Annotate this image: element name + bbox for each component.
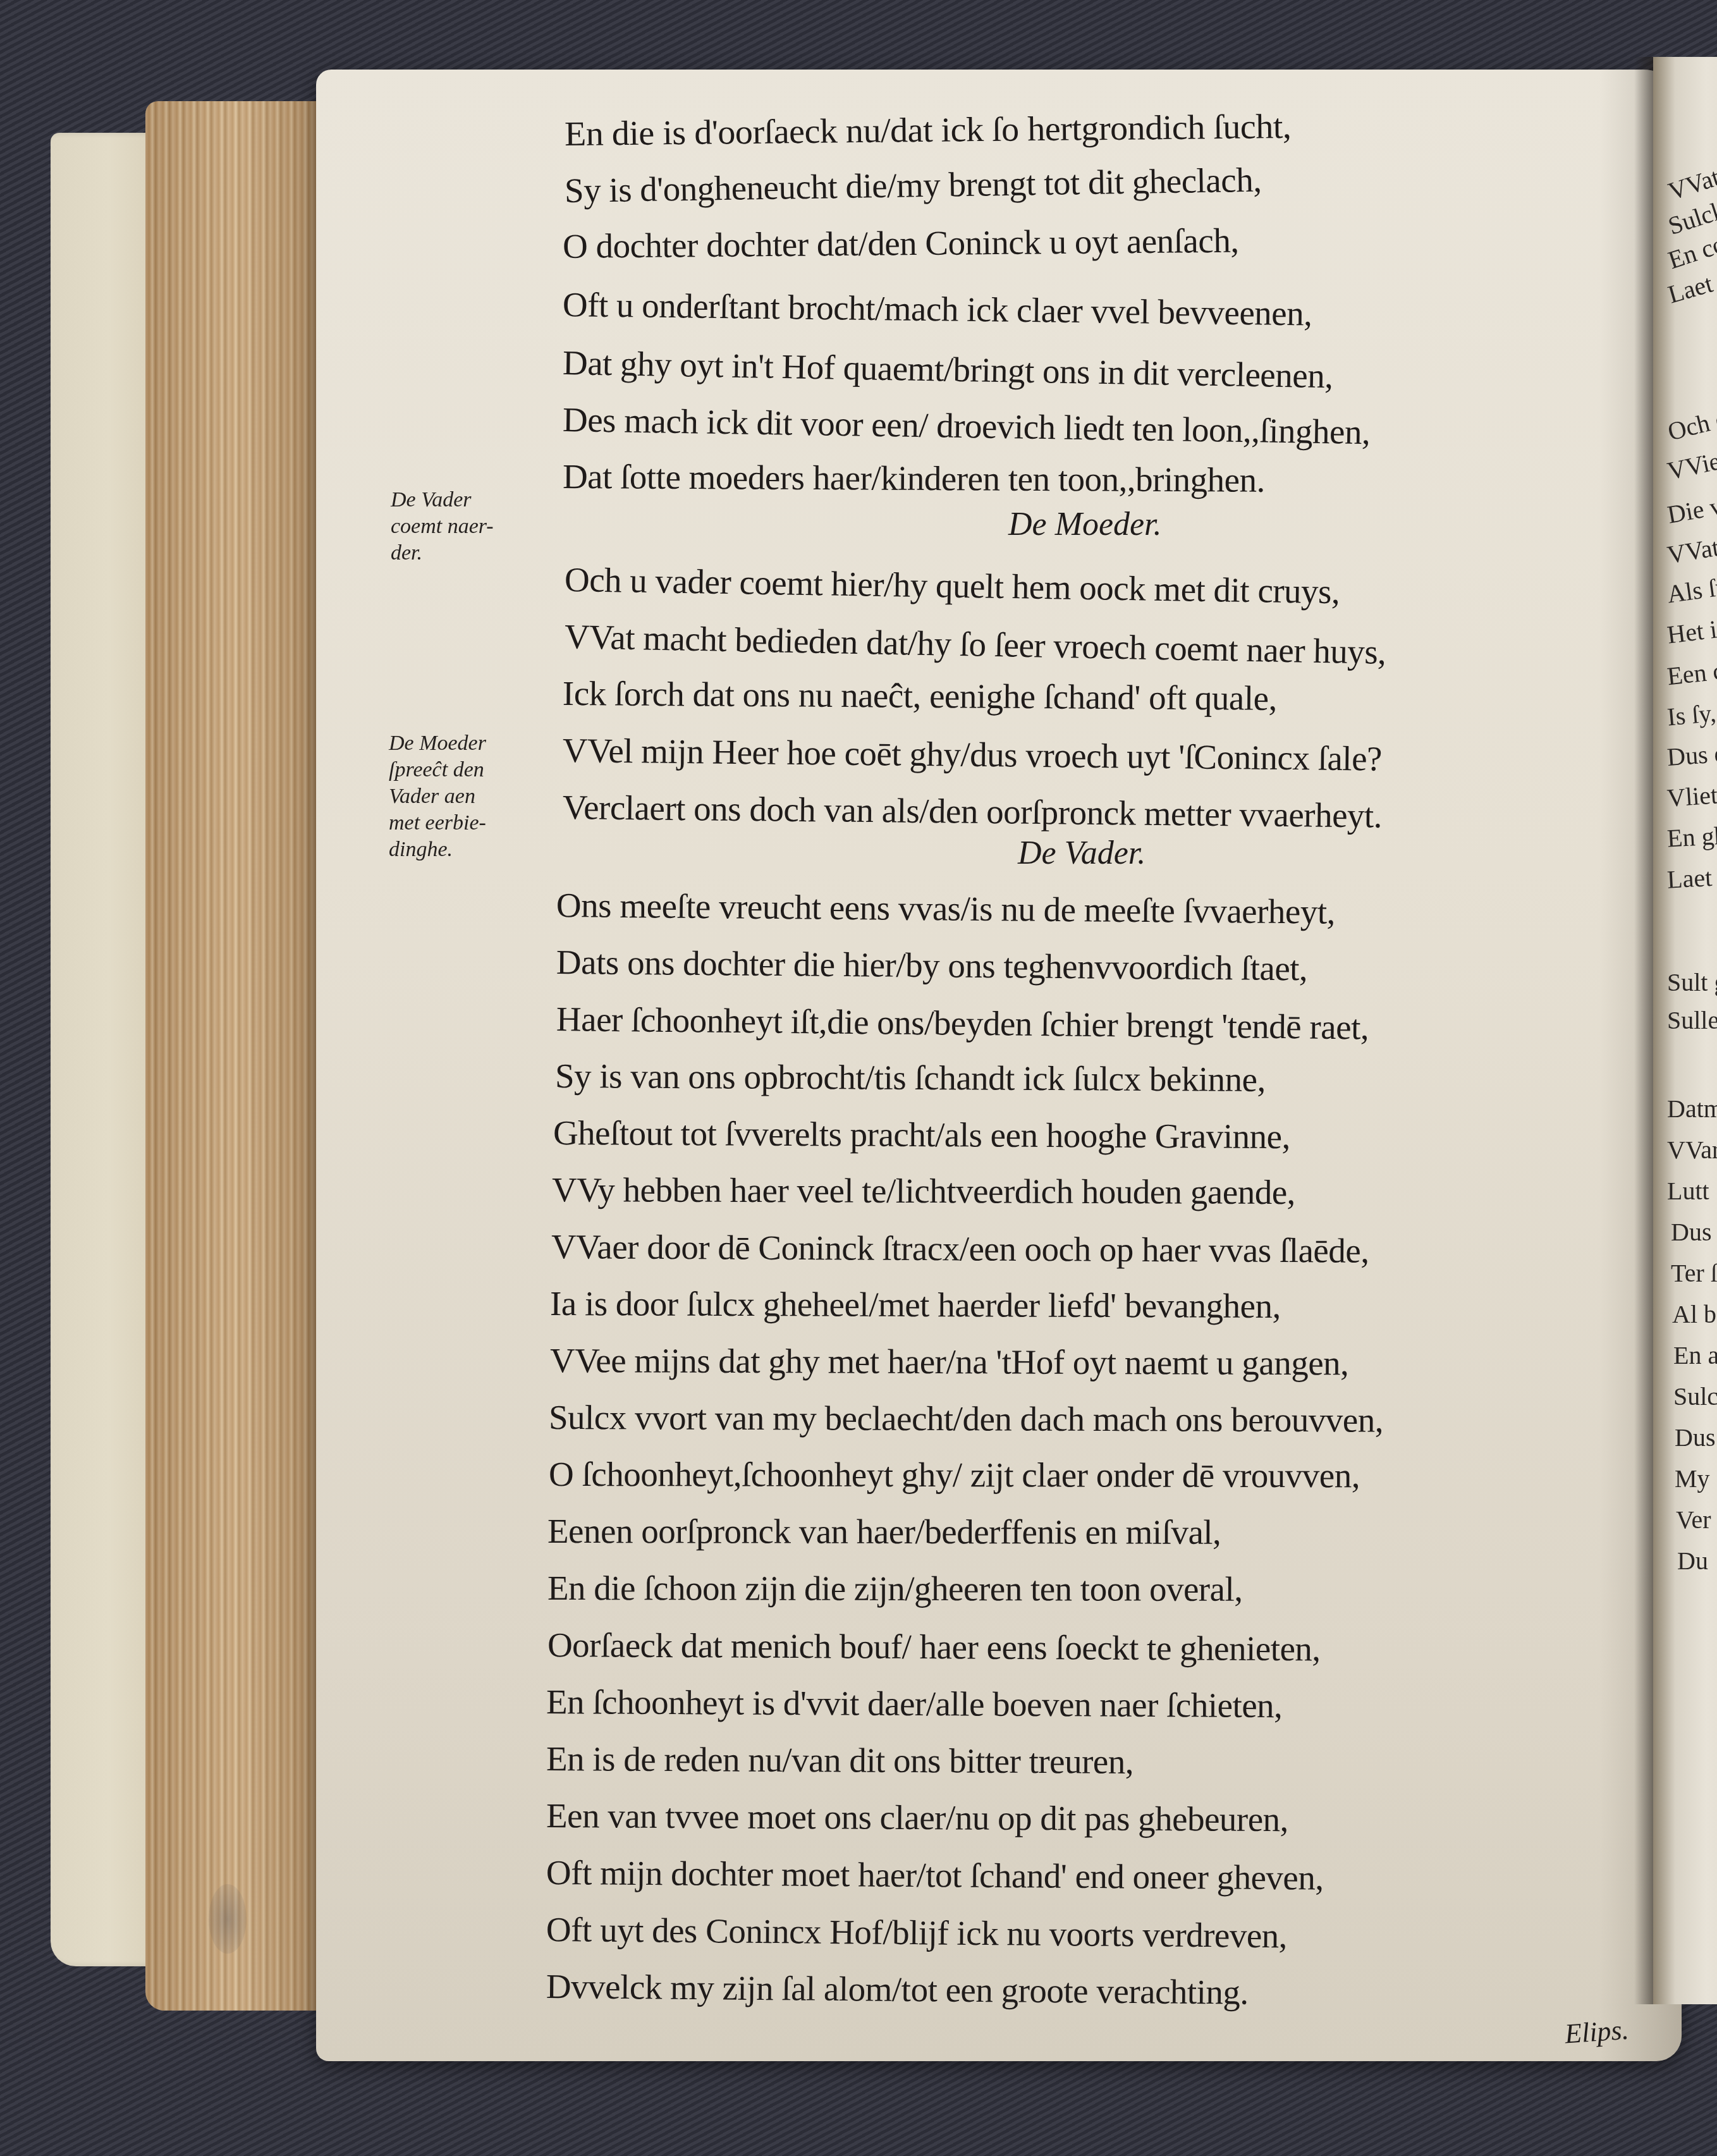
- facing-line: Het is: [1665, 613, 1717, 649]
- facing-line: Laet u: [1666, 861, 1717, 894]
- left-page: En die is d'oorſaeck nu/dat ick ſo hertg…: [316, 70, 1682, 2061]
- facing-line: Is ſy, en: [1666, 695, 1717, 732]
- verse-line: O dochter dochter dat/den Coninck u oyt …: [563, 221, 1239, 266]
- facing-line: Ter ſ: [1671, 1258, 1717, 1288]
- page-block-edge-shade: [145, 101, 329, 2011]
- verse-line: Verclaert ons doch van als/den oorſpronc…: [563, 787, 1383, 836]
- margin-note-moeder-spreect: De Moeder ſpreeĉt den Vader aen met eerb…: [389, 730, 541, 863]
- verse-line: VVaer door dē Coninck ſtracx/een ooch op…: [551, 1227, 1369, 1271]
- facing-line: Sullen: [1667, 1005, 1717, 1035]
- verse-line: En is de reden nu/van dit ons bitter tre…: [546, 1739, 1133, 1782]
- verse-line: Dat ſotte moeders haer/kinderen ten toon…: [563, 456, 1265, 500]
- verse-line: VVee mijns dat ghy met haer/na 'tHof oyt…: [550, 1340, 1349, 1383]
- verse-line: Sy is van ons opbrocht/tis ſchandt ick ſ…: [555, 1056, 1266, 1099]
- verse-line: En ſchoonheyt is d'vvit daer/alle boeven…: [546, 1682, 1283, 1725]
- verse-line: Dat ghy oyt in't Hof quaemt/bringt ons i…: [562, 343, 1333, 396]
- speaker-heading-vader: De Vader.: [1018, 835, 1146, 872]
- margin-note-vader-coemt-naerder: De Vader coemt naer- der.: [391, 487, 542, 567]
- facing-line: Datm: [1667, 1094, 1717, 1124]
- verse-line: Ia is door ſulcx gheheel/met haerder lie…: [550, 1283, 1281, 1326]
- facing-line: Lutt: [1667, 1176, 1709, 1206]
- facing-line: Al bo: [1672, 1299, 1717, 1329]
- facing-line: Als ſy: [1665, 572, 1717, 609]
- verse-line: Een van tvvee moet ons claer/nu op dit p…: [546, 1796, 1288, 1839]
- verse-line: VVat macht bedieden dat/hy ſo ſeer vroec…: [564, 616, 1386, 672]
- verse-line: Sy is d'ongheneucht die/my brengt tot di…: [565, 160, 1262, 211]
- facing-line: Sulc: [1673, 1381, 1717, 1411]
- verse-line: Ons meeſte vreucht eens vvas/is nu de me…: [556, 885, 1335, 932]
- verse-line: Oft uyt des Conincx Hof/blijf ick nu voo…: [546, 1909, 1288, 1956]
- verse-line: Oft mijn dochter moet haer/tot ſchand' e…: [546, 1853, 1324, 1898]
- facing-line: Och dat: [1665, 399, 1717, 447]
- facing-line: My: [1675, 1464, 1710, 1493]
- right-page-fragment: VVat ſta Sulck ic En com Laet my Och dat…: [1653, 57, 1717, 2004]
- facing-line: En gh: [1666, 821, 1717, 854]
- facing-line: Dus: [1671, 1217, 1711, 1247]
- facing-line: Dus do: [1666, 737, 1717, 772]
- verse-line: En die ſchoon zijn die zijn/gheeren ten …: [547, 1568, 1243, 1609]
- facing-line: Du: [1677, 1546, 1708, 1576]
- verse-line: Haer ſchoonheyt iſt,die ons/beyden ſchie…: [556, 999, 1369, 1047]
- verse-line: Och u vader coemt hier/hy quelt hem oock…: [565, 560, 1340, 611]
- verse-line: Eenen oorſpronck van haer/bederffenis en…: [547, 1511, 1221, 1552]
- verse-line: O ſchoonheyt,ſchoonheyt ghy/ zijt claer …: [549, 1454, 1360, 1495]
- speaker-heading-moeder: De Moeder.: [1008, 506, 1162, 543]
- verse-line: Gheſtout tot ſvverelts pracht/als een ho…: [553, 1113, 1290, 1156]
- facing-line: En a: [1673, 1340, 1717, 1370]
- verse-line: Oft u onderſtant brocht/mach ick claer v…: [563, 285, 1312, 333]
- facing-line: VVie iſ: [1665, 441, 1717, 486]
- verse-line: Sulcx vvort van my beclaecht/den dach ma…: [549, 1397, 1383, 1440]
- page-text: En die is d'oorſaeck nu/dat ick ſo hertg…: [316, 70, 1682, 2061]
- verse-line: En die is d'oorſaeck nu/dat ick ſo hertg…: [565, 106, 1292, 154]
- verse-line: Ick ſorch dat ons nu naeĉt, eenighe ſcha…: [563, 673, 1277, 718]
- facing-line: Ver: [1676, 1505, 1711, 1534]
- verse-line: VVel mijn Heer hoe coēt ghy/dus vroech u…: [563, 730, 1383, 779]
- facing-line: Dus: [1675, 1423, 1715, 1452]
- facing-line: Sult g: [1667, 967, 1717, 997]
- facing-line: VVat is: [1665, 529, 1717, 570]
- verse-line: Dvvelck my zijn ſal alom/tot een groote …: [546, 1966, 1249, 2012]
- page-stain: [209, 1884, 247, 1954]
- catchword: Elips.: [1563, 2014, 1630, 2050]
- facing-line: Een cie: [1666, 654, 1717, 691]
- verse-line: Des mach ick dit voor een/ droevich lied…: [563, 400, 1371, 452]
- verse-line: Oorſaeck dat menich bouf/ haer eens ſoec…: [547, 1625, 1321, 1669]
- verse-line: VVy hebben haer veel te/lichtveerdich ho…: [552, 1170, 1295, 1212]
- facing-line: VVar: [1667, 1135, 1717, 1165]
- facing-line: Vliet o: [1666, 778, 1717, 813]
- verse-line: Dats ons dochter die hier/by ons teghenv…: [556, 942, 1308, 988]
- facing-line: Die vva: [1665, 486, 1717, 529]
